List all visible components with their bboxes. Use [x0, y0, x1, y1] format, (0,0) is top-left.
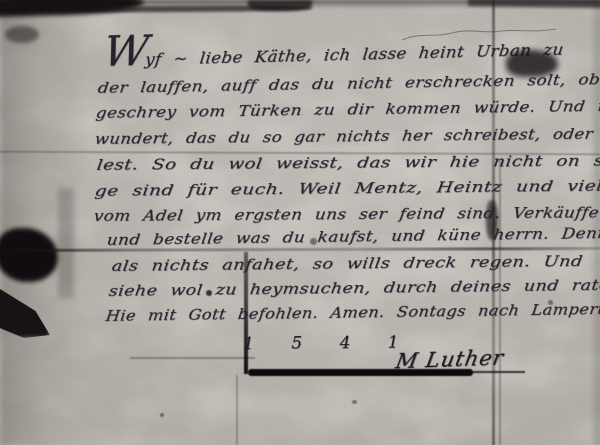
ink-speck: [206, 290, 212, 296]
letter-line: geschrey vom Türken zu dir kommen würde.…: [95, 96, 600, 122]
letter-photo: Wyf ~ liebe Käthe, ich lasse heint Urban…: [0, 0, 600, 445]
letter-line: lest. So du wol weisst, das wir hie nich…: [96, 151, 600, 174]
ink-speck: [548, 300, 553, 305]
signature-stroke-tail: [455, 371, 525, 373]
left-upper-smudge: [5, 26, 39, 43]
horizontal-fold-crease-lower: [0, 247, 600, 252]
ink-speck: [310, 238, 317, 245]
right-edge-shading: [590, 0, 600, 445]
horizontal-crease-short: [130, 357, 255, 359]
letter-line: Hie mit Gott befohlen. Amen. Sontags nac…: [105, 300, 600, 325]
ink-speck: [352, 400, 357, 404]
top-center-stain: [248, 0, 312, 11]
letter-line: Wyf ~ liebe Käthe, ich lasse heint Urban…: [102, 39, 565, 70]
letter-line: und bestelle was du kaufst, und küne her…: [106, 224, 600, 249]
ink-speck: [160, 413, 164, 417]
letter-line: ge sind für euch. Weil Mentz, Heintz und…: [94, 177, 600, 200]
letter-line: siehe wol zu heymsuchen, durch deines un…: [108, 276, 600, 300]
thick-black-fold-line: [248, 369, 473, 376]
letter-line: vom Adel ym ergsten uns ser feind sind. …: [93, 203, 600, 225]
letter-line: wundert, das du so gar nichts her schrei…: [94, 124, 600, 148]
date-1541: 1 5 4 1: [243, 333, 415, 354]
mid-left-smear: [58, 188, 74, 298]
letter-line: als nichts anfahet, so wills dreck regen…: [111, 252, 584, 275]
crease-ink-blot-top: [506, 50, 558, 77]
vertical-crease-bottom: [236, 375, 238, 445]
